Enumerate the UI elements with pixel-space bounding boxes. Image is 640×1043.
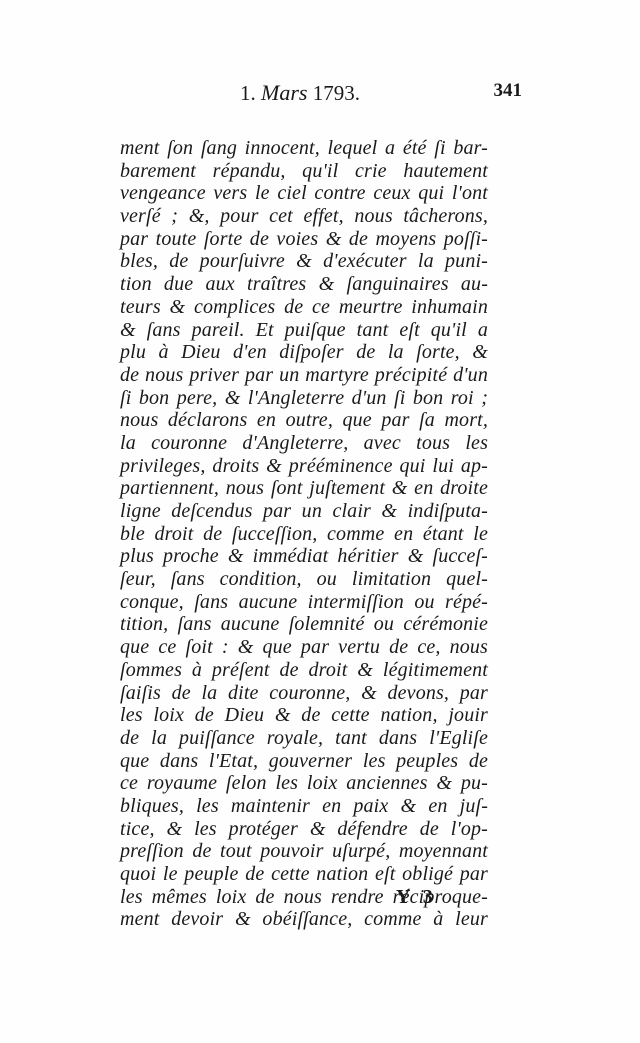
body-text: ment ſon ſang innocent, lequel a été ſi … [120, 137, 488, 931]
signature-mark: Y 3 [396, 886, 437, 909]
text-line: que dans l'Etat, gouverner les peuples d… [120, 750, 488, 773]
book-page: 1. Mars 1793. 341 ment ſon ſang innocent… [0, 0, 640, 1043]
text-line: par toute ſorte de voies & de moyens poſ… [120, 228, 488, 251]
text-line: ſeur, ſans condition, ou limitation quel… [120, 568, 488, 591]
text-line: tion due aux traîtres & ſanguinaires au- [120, 273, 488, 296]
text-line: partiennent, nous ſont juſtement & en dr… [120, 477, 488, 500]
text-line: ce royaume ſelon les loix anciennes & pu… [120, 772, 488, 795]
text-line: tice, & les protéger & défendre de l'op- [120, 818, 488, 841]
text-line: de la puiſſance royale, tant dans l'Egli… [120, 727, 488, 750]
text-line: ble droit de ſucceſſion, comme en étant … [120, 523, 488, 546]
text-line: privileges, droits & prééminence qui lui… [120, 455, 488, 478]
text-line: ſommes à préſent de droit & légitimement [120, 659, 488, 682]
text-line: bles, de pourſuivre & d'exécuter la puni… [120, 250, 488, 273]
date-month: Mars [261, 80, 307, 105]
text-line: plus proche & immédiat héritier & ſucceſ… [120, 545, 488, 568]
text-line: verſé ; &, pour cet effet, nous tâcheron… [120, 205, 488, 228]
text-line: ment ſon ſang innocent, lequel a été ſi … [120, 137, 488, 160]
text-line: teurs & complices de ce meurtre inhumain [120, 296, 488, 319]
running-head-date: 1. Mars 1793. [240, 80, 360, 106]
date-year: 1793. [313, 81, 360, 105]
text-line: plu à Dieu d'en diſpoſer de la ſorte, & [120, 341, 488, 364]
text-line: ment devoir & obéiſſance, comme à leur [120, 908, 488, 931]
text-line: preſſion de tout pouvoir uſurpé, moyenna… [120, 840, 488, 863]
text-line: les loix de Dieu & de cette nation, joui… [120, 704, 488, 727]
running-head: 1. Mars 1793. 341 [120, 80, 490, 108]
date-day: 1. [240, 81, 256, 105]
page-number: 341 [494, 80, 523, 102]
text-line: ligne deſcendus par un clair & indiſputa… [120, 500, 488, 523]
text-line: quoi le peuple de cette nation eſt oblig… [120, 863, 488, 886]
text-line: la couronne d'Angleterre, avec tous les [120, 432, 488, 455]
text-line: conque, ſans aucune intermiſſion ou répé… [120, 591, 488, 614]
text-line: tition, ſans aucune ſolemnité ou cérémon… [120, 613, 488, 636]
text-line: barement répandu, qu'il crie hautement [120, 160, 488, 183]
text-line: de nous priver par un martyre précipité … [120, 364, 488, 387]
text-line: nous déclarons en outre, que par ſa mort… [120, 409, 488, 432]
text-line: ſaiſis de la dite couronne, & devons, pa… [120, 682, 488, 705]
text-line: que ce ſoit : & que par vertu de ce, nou… [120, 636, 488, 659]
text-line: ſi bon pere, & l'Angleterre d'un ſi bon … [120, 387, 488, 410]
text-line: bliques, les maintenir en paix & en juſ- [120, 795, 488, 818]
text-line: & ſans pareil. Et puiſque tant eſt qu'il… [120, 319, 488, 342]
text-line: vengeance vers le ciel contre ceux qui l… [120, 182, 488, 205]
